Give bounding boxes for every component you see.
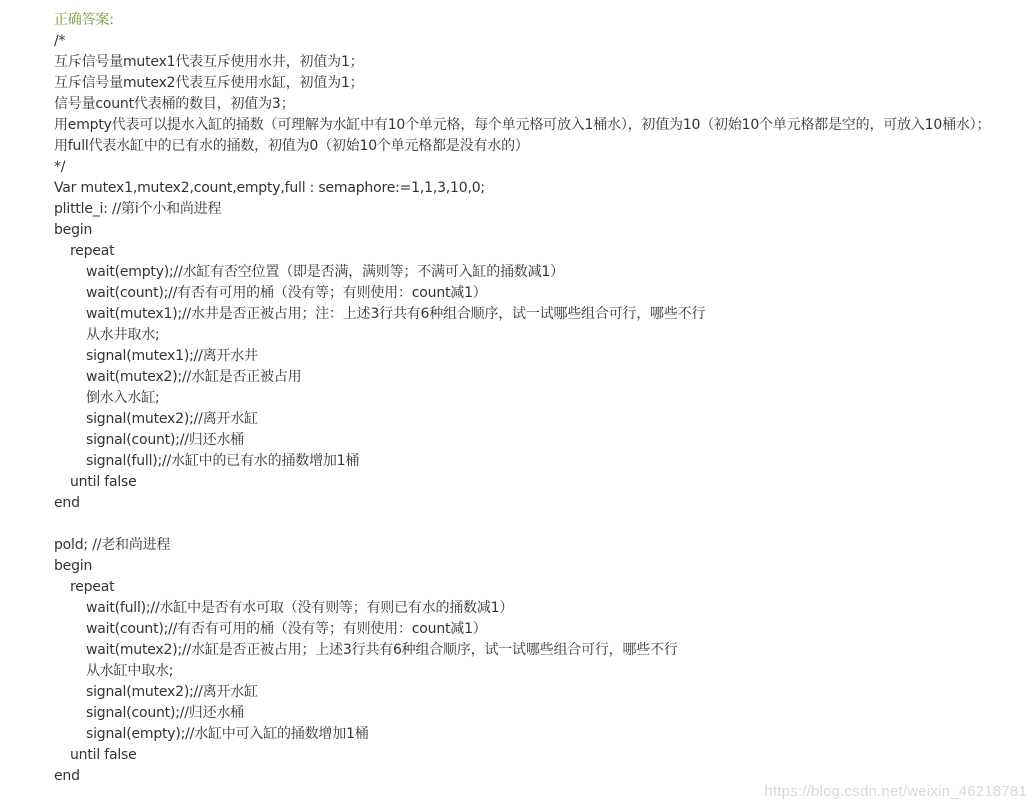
code-line: signal(full);//水缸中的已有水的捅数增加1桶 [54, 451, 1035, 472]
code-line: wait(empty);//水缸有否空位置（即是否满，满则等；不满可入缸的捅数减… [54, 262, 1035, 283]
code-line: wait(count);//有否有可用的桶（没有等；有则使用：count减1） [54, 619, 1035, 640]
comment-line-empty: 用empty代表可以提水入缸的捅数（可理解为水缸中有10个单元格，每个单元格可放… [54, 115, 1035, 136]
code-line: wait(mutex2);//水缸是否正被占用；上述3行共有6种组合顺序，试一试… [54, 640, 1035, 661]
repeat-keyword: repeat [54, 241, 1035, 262]
code-line: signal(mutex2);//离开水缸 [54, 682, 1035, 703]
comment-line-count: 信号量count代表桶的数目，初值为3； [54, 94, 1035, 115]
begin-keyword: begin [54, 220, 1035, 241]
comment-block: /* 互斥信号量mutex1代表互斥使用水井，初值为1； 互斥信号量mutex2… [54, 31, 1035, 178]
end-keyword: end [54, 493, 1035, 514]
comment-open: /* [54, 31, 1035, 52]
answer-title: 正确答案: [54, 10, 1035, 31]
little-monk-process: plittle_i: //第i个小和尚进程 begin repeat wait(… [54, 199, 1035, 514]
code-line: 倒水入水缸; [54, 388, 1035, 409]
comment-line-full: 用full代表水缸中的已有水的捅数，初值为0（初始10个单元格都是没有水的） [54, 136, 1035, 157]
code-line: wait(count);//有否有可用的桶（没有等；有则使用：count减1） [54, 283, 1035, 304]
old-monk-process: pold; //老和尚进程 begin repeat wait(full);//… [54, 535, 1035, 787]
code-line: signal(count);//归还水桶 [54, 430, 1035, 451]
repeat-keyword: repeat [54, 577, 1035, 598]
comment-line-mutex1: 互斥信号量mutex1代表互斥使用水井，初值为1； [54, 52, 1035, 73]
comment-close: */ [54, 157, 1035, 178]
begin-keyword: begin [54, 556, 1035, 577]
process-header: plittle_i: //第i个小和尚进程 [54, 199, 1035, 220]
until-keyword: until false [54, 745, 1035, 766]
code-line: signal(mutex1);//离开水井 [54, 346, 1035, 367]
comment-line-mutex2: 互斥信号量mutex2代表互斥使用水缸，初值为1； [54, 73, 1035, 94]
code-line: signal(count);//归还水桶 [54, 703, 1035, 724]
code-line: signal(empty);//水缸中可入缸的捅数增加1桶 [54, 724, 1035, 745]
answer-article: 正确答案: /* 互斥信号量mutex1代表互斥使用水井，初值为1； 互斥信号量… [54, 10, 1035, 787]
code-line: wait(mutex2);//水缸是否正被占用 [54, 367, 1035, 388]
process-header: pold; //老和尚进程 [54, 535, 1035, 556]
semaphore-declaration: Var mutex1,mutex2,count,empty,full : sem… [54, 178, 1035, 199]
blog-watermark: https://blog.csdn.net/weixin_46218781 [764, 783, 1027, 800]
code-line: signal(mutex2);//离开水缸 [54, 409, 1035, 430]
code-line: wait(mutex1);//水井是否正被占用；注：上述3行共有6种组合顺序，试… [54, 304, 1035, 325]
code-line: wait(full);//水缸中是否有水可取（没有则等；有则已有水的捅数减1） [54, 598, 1035, 619]
blank-line [54, 514, 1035, 535]
until-keyword: until false [54, 472, 1035, 493]
code-line: 从水井取水; [54, 325, 1035, 346]
code-line: 从水缸中取水; [54, 661, 1035, 682]
